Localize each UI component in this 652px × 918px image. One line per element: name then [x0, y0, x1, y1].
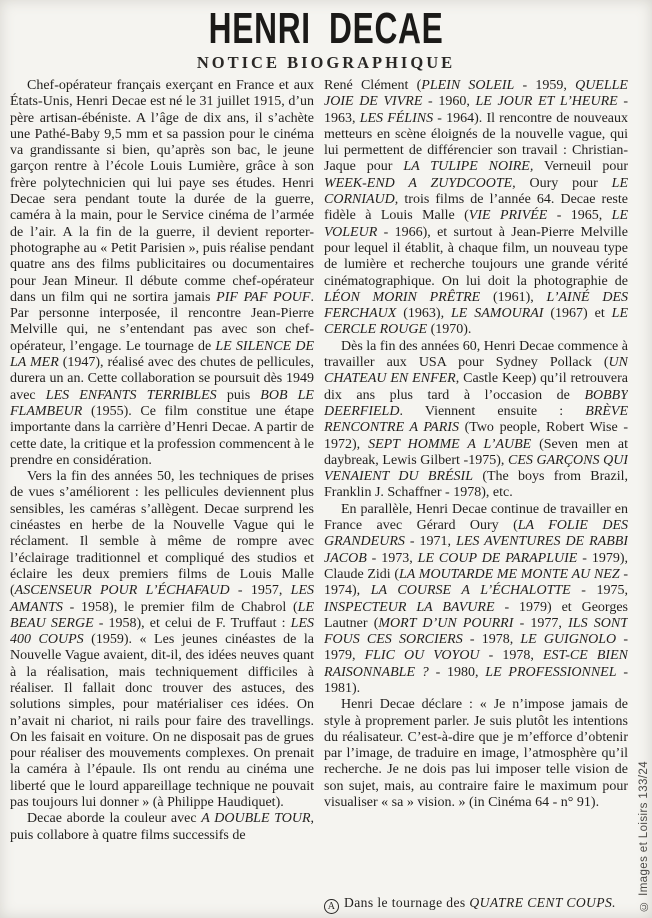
text-segment: (1959). « Les jeunes cinéastes de la Nou… [10, 632, 314, 810]
text-segment: Henri Decae déclare : « Je n’impose jama… [324, 697, 628, 810]
film-title: PIF PAF POUF [216, 290, 310, 305]
text-columns: Chef-opérateur français exerçant en Fran… [10, 78, 628, 914]
film-title: MORT D’UN POURRI [378, 616, 513, 631]
film-title: PLEIN SOLEIL [421, 78, 514, 93]
right-column: René Clément (PLEIN SOLEIL - 1959, QUELL… [324, 78, 628, 914]
text-segment: Vers la fin des années 50, les technique… [10, 469, 314, 598]
document-page: HENRI DECAE NOTICE BIOGRAPHIQUE Chef-opé… [0, 0, 652, 918]
film-title: VIE PRIVÉE [469, 208, 548, 223]
photo-caption: ADans le tournage des QUATRE CENT COUPS. [324, 887, 628, 914]
page-title: HENRI DECAE [209, 4, 444, 54]
paragraph: Decae aborde la couleur avec A DOUBLE TO… [10, 811, 314, 844]
text-segment: Dès la fin des années 60, Henri Decae co… [324, 339, 628, 370]
paragraph: René Clément (PLEIN SOLEIL - 1959, QUELL… [324, 78, 628, 339]
film-title: LE PROFESSIONNEL [485, 665, 616, 680]
film-title: FLIC OU VOYOU [365, 648, 480, 663]
film-title: LE JOUR ET L’HEURE [476, 94, 618, 109]
film-title: LA MOUTARDE ME MONTE AU NEZ [399, 567, 620, 582]
photo-caption-text: Dans le tournage des QUATRE CENT COUPS. [344, 895, 616, 910]
circled-a-marker: A [324, 899, 339, 914]
text-segment: - 1958), le premier film de Chabrol ( [63, 600, 298, 615]
film-title: LE COUP DE PARAPLUIE [418, 551, 578, 566]
film-title: LE SAMOURAI [451, 306, 543, 321]
text-segment: . Viennent ensuite : [399, 404, 585, 419]
text-segment: (1970). [427, 322, 471, 337]
paragraph: Henri Decae déclare : « Je n’impose jama… [324, 697, 628, 811]
film-title: LES ENFANTS TERRIBLES [46, 388, 217, 403]
paragraph: En parallèle, Henri Decae continue de tr… [324, 502, 628, 698]
page-subtitle: NOTICE BIOGRAPHIQUE [0, 53, 652, 73]
page-header: HENRI DECAE NOTICE BIOGRAPHIQUE [0, 0, 652, 73]
text-segment: (1961), [480, 290, 546, 305]
film-title: ASCENSEUR POUR L’ÉCHAFAUD [15, 583, 230, 598]
text-segment: puis [217, 388, 261, 403]
text-segment: - 1977, [513, 616, 568, 631]
text-segment: - 1959, [514, 78, 575, 93]
left-column: Chef-opérateur français exerçant en Fran… [10, 78, 314, 914]
film-title: LA TULIPE NOIRE, [403, 159, 533, 174]
film-title: WEEK-END A ZUYDCOOTE, [324, 176, 516, 191]
text-segment: Verneuil pour [533, 159, 628, 174]
paragraph: Chef-opérateur français exerçant en Fran… [10, 78, 314, 469]
paragraph: Dès la fin des années 60, Henri Decae co… [324, 339, 628, 502]
text-segment: (1963), [396, 306, 451, 321]
text-segment: - 1960, [422, 94, 475, 109]
text-segment: Decae aborde la couleur avec [27, 811, 201, 826]
text-segment: - 1971, [405, 534, 456, 549]
text-segment: (1967) et [543, 306, 611, 321]
text-segment: - 1980, [429, 665, 486, 680]
text-segment: - 1975, [571, 583, 628, 598]
copyright-credit: © Images et Loisirs 133/24 [638, 761, 650, 912]
text-segment: - 1965, [547, 208, 611, 223]
text-segment: Oury pour [516, 176, 612, 191]
text-segment: - 1978, [463, 632, 521, 647]
text-segment: René Clément ( [324, 78, 421, 93]
film-title: LE GUIGNOLO [520, 632, 616, 647]
film-title: SEPT HOMME A L’AUBE [368, 437, 531, 452]
film-title: LÉON MORIN PRÊTRE [324, 290, 480, 305]
text-segment: - 1978, [480, 648, 543, 663]
text-segment: Chef-opérateur français exerçant en Fran… [10, 78, 314, 305]
text-segment: Dans le tournage des [344, 895, 469, 910]
film-title: QUATRE CENT COUPS. [469, 895, 616, 910]
film-title: LES FÉLINS [360, 111, 433, 126]
text-segment: - 1973, [367, 551, 418, 566]
paragraph: Vers la fin des années 50, les technique… [10, 469, 314, 811]
film-title: INSPECTEUR LA BAVURE [324, 600, 495, 615]
film-title: LA COURSE A L’ÉCHALOTTE [371, 583, 571, 598]
text-segment: - 1958), et celui de F. Truffaut : [94, 616, 291, 631]
text-segment: - 1957, [230, 583, 291, 598]
film-title: A DOUBLE TOUR [201, 811, 310, 826]
